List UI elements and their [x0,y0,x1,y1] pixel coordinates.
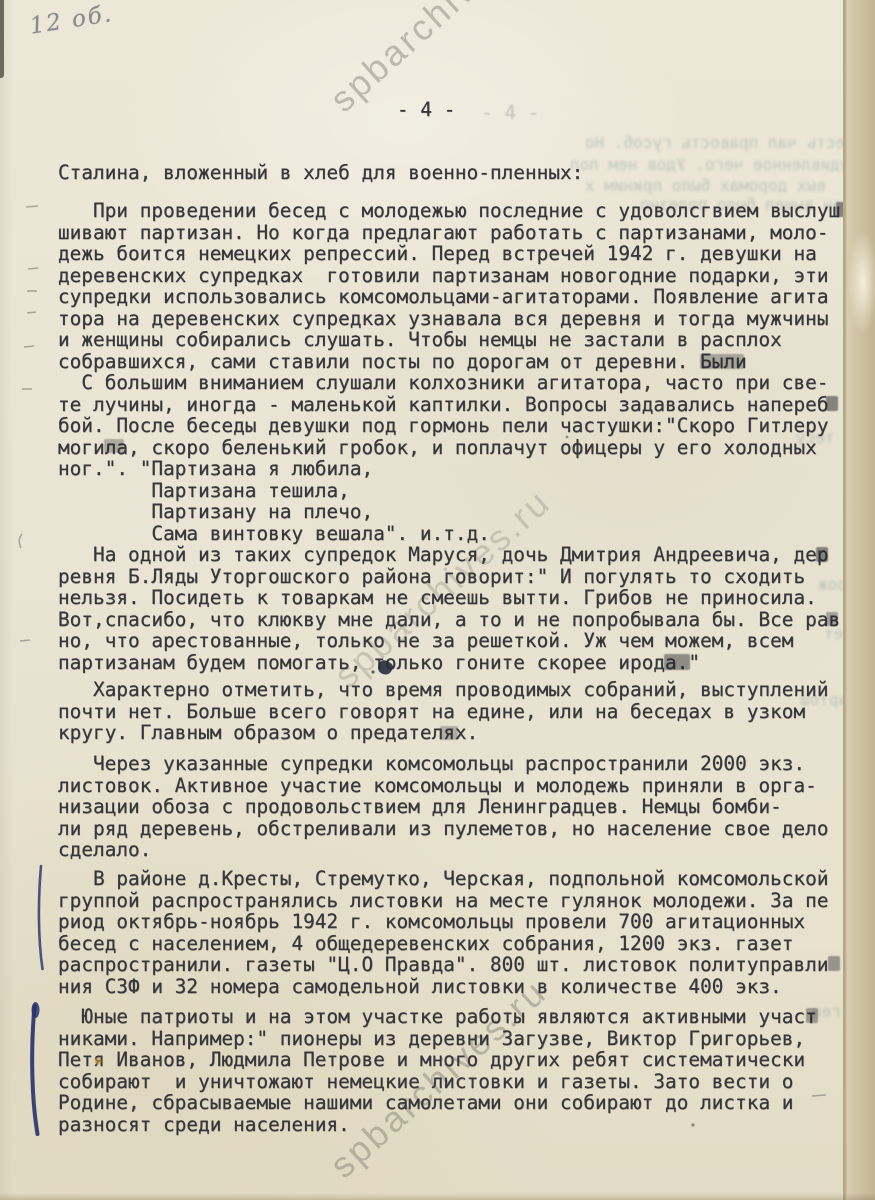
scan-edge-top-left [0,0,4,78]
paragraph-3: На одной из таких супредок Маруся, дочь … [58,544,840,673]
intro-line: Сталина, вложенный в хлеб для военно-пле… [58,162,583,184]
document-page: несть чал правость гусоб. Но удивленное … [0,0,875,1200]
page-number-ghost: - 4 - [481,102,539,124]
paragraph-2: С большим вниманием слушали колхозники а… [58,372,829,544]
ink-smudge [104,439,124,453]
bleedthrough-text: вых доромах было приним х [585,176,826,195]
page-number: - 4 - [397,99,455,121]
bleedthrough-text: удивленное чего. Удов нем пол [570,155,849,174]
ink-smudge [806,1008,818,1023]
ink-smudge [826,396,838,411]
ink-smudge [828,956,840,971]
bleedthrough-text: несть чал правость гусоб. Но [585,133,855,152]
ink-smudge [700,354,744,369]
ink-smudge [440,726,458,740]
ink-smudge [664,654,690,670]
ink-smudge [826,612,838,626]
page-edge-right [843,0,875,1200]
scan-edge-bottom [0,1193,875,1200]
paragraph-6: В районе д.Кресты, Стремутко, Черская, п… [58,868,829,997]
paragraph-5: Через указанные супредки комсомольцы рас… [58,753,829,861]
ink-smudge [816,547,828,562]
paragraph-7: Юные патриоты и на этом участке работы я… [58,1006,817,1135]
paragraph-1: При проведении бесед с молодежью последн… [58,200,840,372]
